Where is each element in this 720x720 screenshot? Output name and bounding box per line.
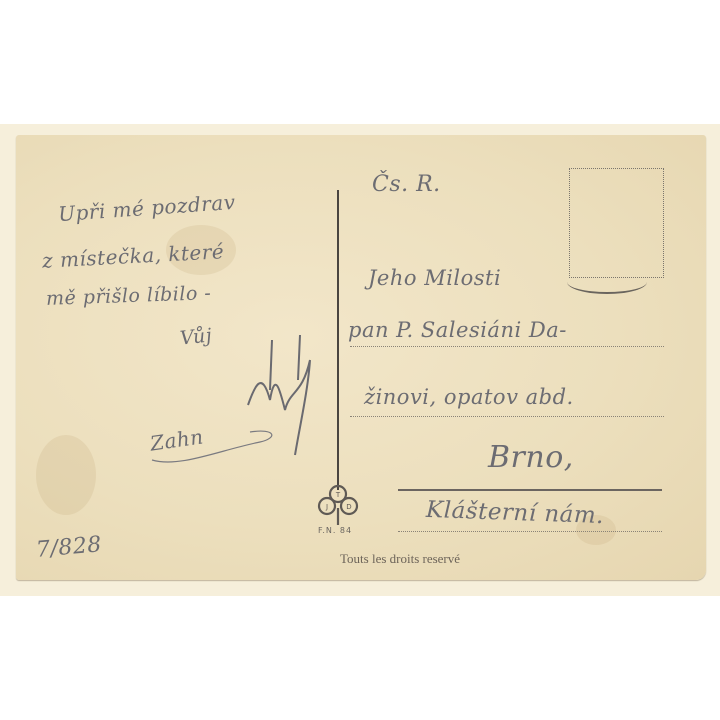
rights-notice: Touts les droits reservé <box>340 551 460 567</box>
shamrock-monogram-icon: T J D <box>316 484 360 526</box>
stain <box>36 435 96 515</box>
address-line: Jeho Milosti <box>368 266 501 290</box>
country-line: Čs. R. <box>372 172 441 197</box>
address-line: pan P. Salesiáni Da- <box>348 318 567 342</box>
address-line: žinovi, opatov abd. <box>364 385 574 409</box>
address-rule <box>398 531 662 532</box>
signature-underline <box>150 420 280 470</box>
address-rule-solid <box>398 489 662 491</box>
address-rule <box>350 346 664 347</box>
address-rule <box>350 416 664 417</box>
message-closing: Vůj <box>179 324 213 349</box>
stamp-placeholder <box>569 168 664 278</box>
address-city: Brno, <box>488 440 574 475</box>
svg-text:J: J <box>325 503 328 511</box>
publisher-mark: F.N. 84 <box>318 526 352 535</box>
postmark-arc <box>567 270 647 294</box>
svg-text:D: D <box>346 503 351 511</box>
center-divider <box>337 190 339 490</box>
svg-text:T: T <box>335 491 341 499</box>
